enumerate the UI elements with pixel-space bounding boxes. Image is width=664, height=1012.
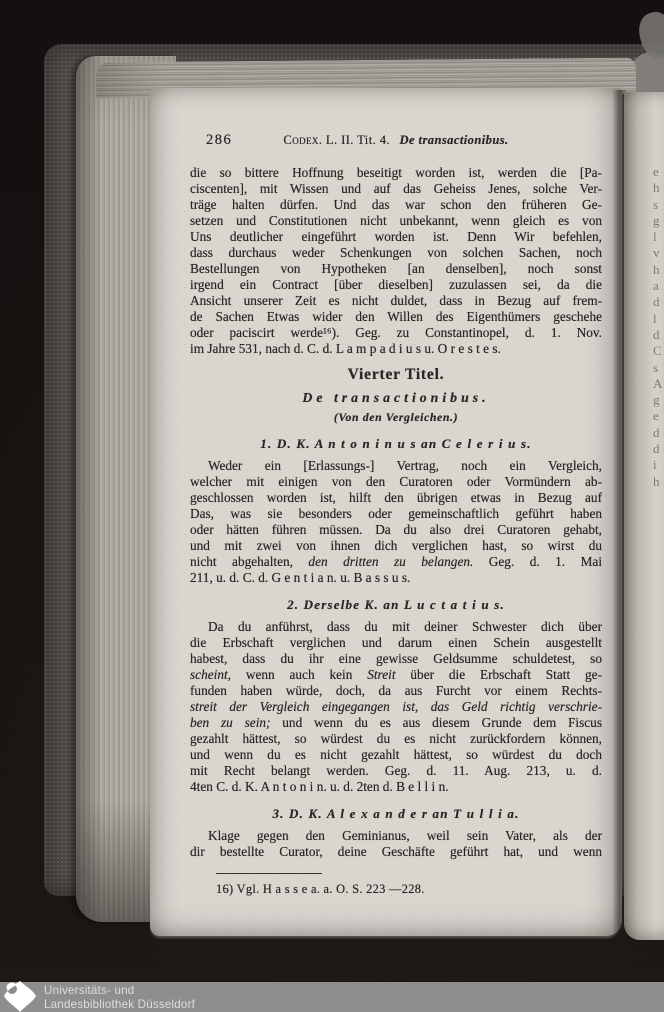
text-line: habest, dass du ihr eine gewisse Geldsum… [190, 651, 602, 667]
cutoff-letter: C [653, 343, 664, 359]
text-line: Ansicht unserer Zeit es nicht duldet, da… [190, 293, 602, 309]
subtitle: (Von den Vergleichen.) [190, 409, 602, 425]
text-line: de Sachen Etwas wider den Willen des Eig… [190, 309, 602, 325]
cutoff-letter: l [653, 311, 664, 327]
text-line: und wenn du es nicht gezahlt hättest, so… [190, 747, 602, 763]
paragraph: Weder ein [Erlassungs-] Vertrag, noch ei… [190, 458, 602, 586]
text-line: oder hätten führen müssen. Da du also dr… [190, 522, 602, 538]
ulb-duesseldorf-logo [1, 979, 39, 1012]
text-line: gezahlt hättest, so würdest du es nicht … [190, 731, 602, 747]
scanner-background: 286 Codex. L. II. Tit. 4. De transaction… [0, 0, 664, 1012]
page-text: 286 Codex. L. II. Tit. 4. De transaction… [190, 132, 602, 897]
paragraph: Klage gegen den Geminianus, weil sein Va… [190, 828, 602, 860]
law-heading: 1. D. K. A n t o n i n u s an C e l e r … [190, 436, 602, 452]
cutoff-letter: d [653, 441, 664, 457]
facing-page-sliver: ehsglvhadldCsAgeddih [624, 92, 664, 940]
cutoff-letter: h [653, 474, 664, 490]
library-name: Universitäts- und Landesbibliothek Düsse… [44, 984, 195, 1011]
section-title: Vierter Titel. [190, 367, 602, 383]
library-name-line1: Universitäts- und [44, 984, 195, 998]
paragraph: Da du anführst, dass du mit deiner Schwe… [190, 619, 602, 795]
text-line: funden haben würde, doch, da aus Furcht … [190, 683, 602, 699]
text-line: Uns deutlicher eingeführt worden ist. De… [190, 229, 602, 245]
text-line: oder paciscirt werde¹⁶). Geg. zu Constan… [190, 325, 602, 341]
cutoff-letter: g [653, 392, 664, 408]
text-line: Da du anführst, dass du mit deiner Schwe… [190, 619, 602, 635]
text-line: irgend ein Contract [über dieselben] zuz… [190, 277, 602, 293]
header-latin-title: De transactionibus. [400, 133, 509, 147]
footnote: 16) Vgl. H a s s e a. a. O. S. 223 —228. [216, 881, 602, 897]
text-line: Bestellungen von Hypotheken [an denselbe… [190, 261, 602, 277]
footnote-rule [216, 873, 322, 874]
text-line: und mit zwei von ihnen dich verglichen h… [190, 538, 602, 554]
text-line: scheint, wenn auch kein Streit über die … [190, 667, 602, 683]
text-line: nicht abgehalten, den dritten zu belange… [190, 554, 602, 570]
text-line: ben zu sein; und wenn du es aus diesem G… [190, 715, 602, 731]
scanned-page: 286 Codex. L. II. Tit. 4. De transaction… [150, 88, 622, 936]
library-footer-bar: Universitäts- und Landesbibliothek Düsse… [0, 982, 664, 1012]
facing-page-cutoff-text: ehsglvhadldCsAgeddih [653, 164, 664, 490]
text-blocks: die so bittere Hoffnung beseitigt worden… [190, 165, 602, 897]
library-name-line2: Landesbibliothek Düsseldorf [44, 998, 195, 1012]
text-line: welcher mit einigen von den Curatoren od… [190, 474, 602, 490]
cutoff-letter: d [653, 327, 664, 343]
text-line: ciscenten], mit Wissen und auf das Gehei… [190, 181, 602, 197]
text-line: Klage gegen den Geminianus, weil sein Va… [190, 828, 602, 844]
text-line: mit Recht belangt werden. Geg. d. 11. Au… [190, 763, 602, 779]
cutoff-letter: g [653, 213, 664, 229]
text-line: 4ten C. d. K. A n t o n i n. u. d. 2ten … [190, 779, 602, 795]
text-line: träge halten dürfen. Und das war schon d… [190, 197, 602, 213]
text-line: setzen und Constitutionen nicht unbekann… [190, 213, 602, 229]
cutoff-letter: s [653, 360, 664, 376]
cutoff-letter: d [653, 294, 664, 310]
text-line: geschlossen worden ist, hilft den übrige… [190, 490, 602, 506]
text-line: 211, u. d. C. d. G e n t i a n. u. B a s… [190, 570, 602, 586]
latin-title: De transactionibus. [190, 390, 602, 406]
law-heading: 3. D. K. A l e x a n d e r an T u l l i … [190, 806, 602, 822]
text-line: Weder ein [Erlassungs-] Vertrag, noch ei… [190, 458, 602, 474]
header-codex: Codex. [283, 133, 322, 147]
text-line: im Jahre 531, nach d. C. d. L a m p a d … [190, 341, 602, 357]
cutoff-letter: e [653, 164, 664, 180]
law-heading: 2. Derselbe K. an L u c t a t i u s. [190, 597, 602, 613]
cutoff-letter: i [653, 457, 664, 473]
text-line: Das, was sie besonders oder gemeinschaft… [190, 506, 602, 522]
cutoff-letter: A [653, 376, 664, 392]
cutoff-letter: s [653, 197, 664, 213]
cutoff-letter: a [653, 278, 664, 294]
cutoff-letter: h [653, 180, 664, 196]
page-number: 286 [206, 132, 232, 148]
header-reference: L. II. Tit. 4. [326, 133, 390, 147]
cutoff-letter: e [653, 408, 664, 424]
cutoff-letter: d [653, 425, 664, 441]
text-line: die so bittere Hoffnung beseitigt worden… [190, 165, 602, 181]
cutoff-letter: v [653, 245, 664, 261]
text-line: streit der Vergleich eingegangen ist, da… [190, 699, 602, 715]
text-line: dir bestellte Curator, deine Geschäfte g… [190, 844, 602, 860]
cutoff-letter: h [653, 262, 664, 278]
running-header: 286 Codex. L. II. Tit. 4. De transaction… [190, 132, 602, 151]
cutoff-letter: l [653, 229, 664, 245]
text-line: die Erbschaft verglichen und darum einen… [190, 635, 602, 651]
paragraph: die so bittere Hoffnung beseitigt worden… [190, 165, 602, 357]
text-line: dass durchaus weder Schenkungen von solc… [190, 245, 602, 261]
